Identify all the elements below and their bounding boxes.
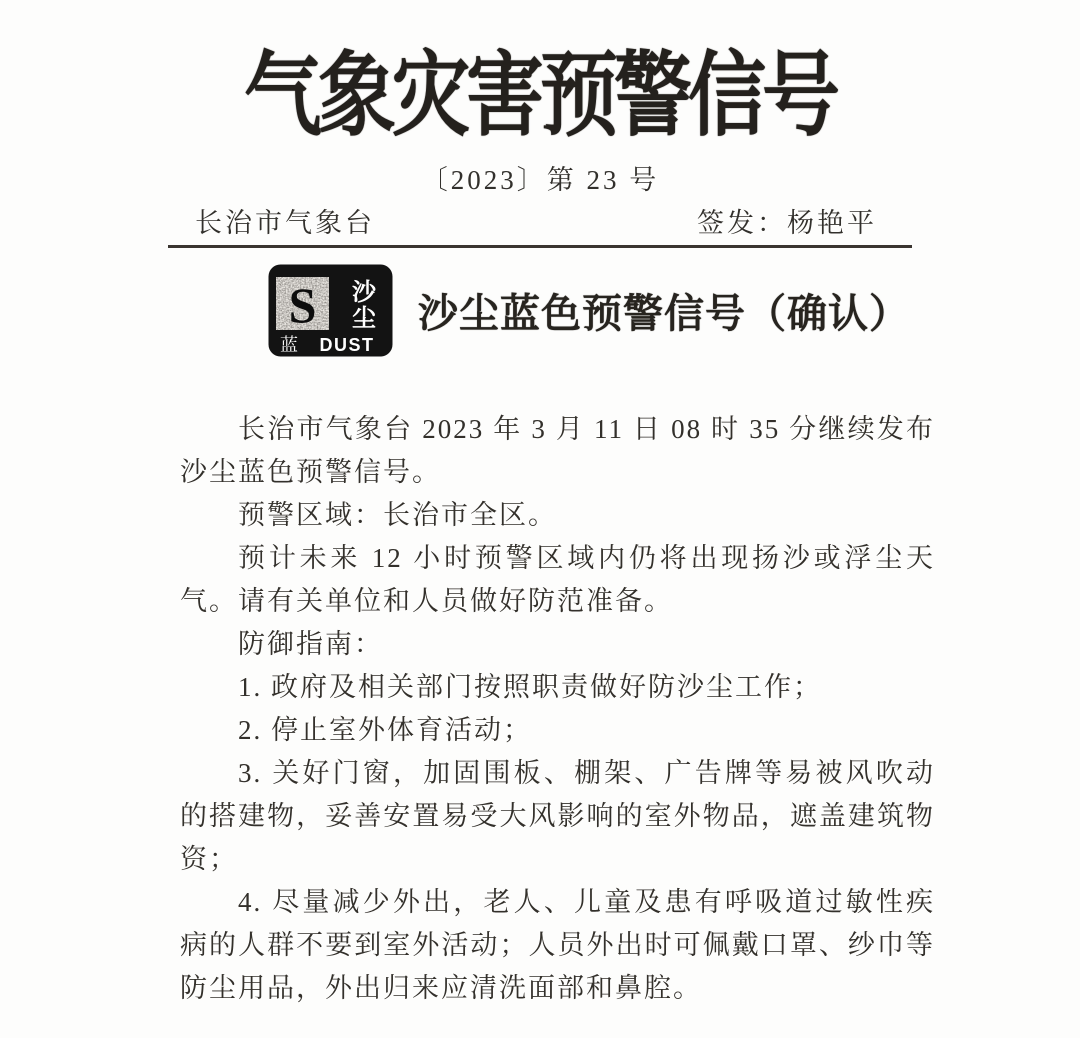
body-paragraph: 3. 关好门窗，加固围板、棚架、广告牌等易被风吹动的搭建物，妥善安置易受大风影响… — [180, 752, 935, 881]
body-paragraph: 防御指南： — [180, 623, 935, 666]
signer-name: 杨艳平 — [787, 208, 877, 238]
issuer-row: 长治市气象台 签发：杨艳平 — [150, 201, 935, 240]
body-paragraph: 长治市气象台 2023 年 3 月 11 日 08 时 35 分继续发布沙尘蓝色… — [180, 408, 935, 494]
document-body: 长治市气象台 2023 年 3 月 11 日 08 时 35 分继续发布沙尘蓝色… — [180, 408, 935, 1010]
signer-label: 签发： — [697, 208, 787, 238]
body-paragraph: 2. 停止室外体育活动； — [180, 709, 935, 752]
signal-title: 沙尘蓝色预警信号（确认） — [393, 282, 935, 339]
signer: 签发：杨艳平 — [697, 201, 935, 240]
icon-name-char-bottom: 尘 — [352, 305, 376, 332]
header-divider — [168, 245, 912, 248]
icon-name-en: DUST — [320, 335, 375, 355]
doc-number: 〔2023〕第 23 号 — [0, 158, 1080, 197]
body-paragraph: 预计未来 12 小时预警区域内仍将出现扬沙或浮尘天气。请有关单位和人员做好防范准… — [180, 537, 935, 623]
issuing-office: 长治市气象台 — [150, 201, 375, 240]
document-title-text: 气象灾害预警信号 — [244, 22, 836, 154]
icon-letter: S — [289, 277, 317, 333]
signal-row: S 蓝 沙 尘 DUST 沙尘蓝色预警信号（确认） — [150, 262, 935, 358]
document-title: 气象灾害预警信号 — [0, 22, 1080, 134]
body-paragraph: 预警区域：长治市全区。 — [180, 494, 935, 537]
body-paragraph: 4. 尽量减少外出，老人、儿童及患有呼吸道过敏性疾病的人群不要到室外活动；人员外… — [180, 881, 935, 1010]
document-page: 气象灾害预警信号 〔2023〕第 23 号 长治市气象台 签发：杨艳平 S 蓝 … — [0, 0, 1080, 1038]
body-paragraph: 1. 政府及相关部门按照职责做好防沙尘工作； — [180, 666, 935, 709]
icon-level-char: 蓝 — [280, 335, 298, 355]
icon-name-char-top: 沙 — [352, 279, 377, 306]
dust-blue-warning-icon: S 蓝 沙 尘 DUST — [268, 264, 393, 357]
